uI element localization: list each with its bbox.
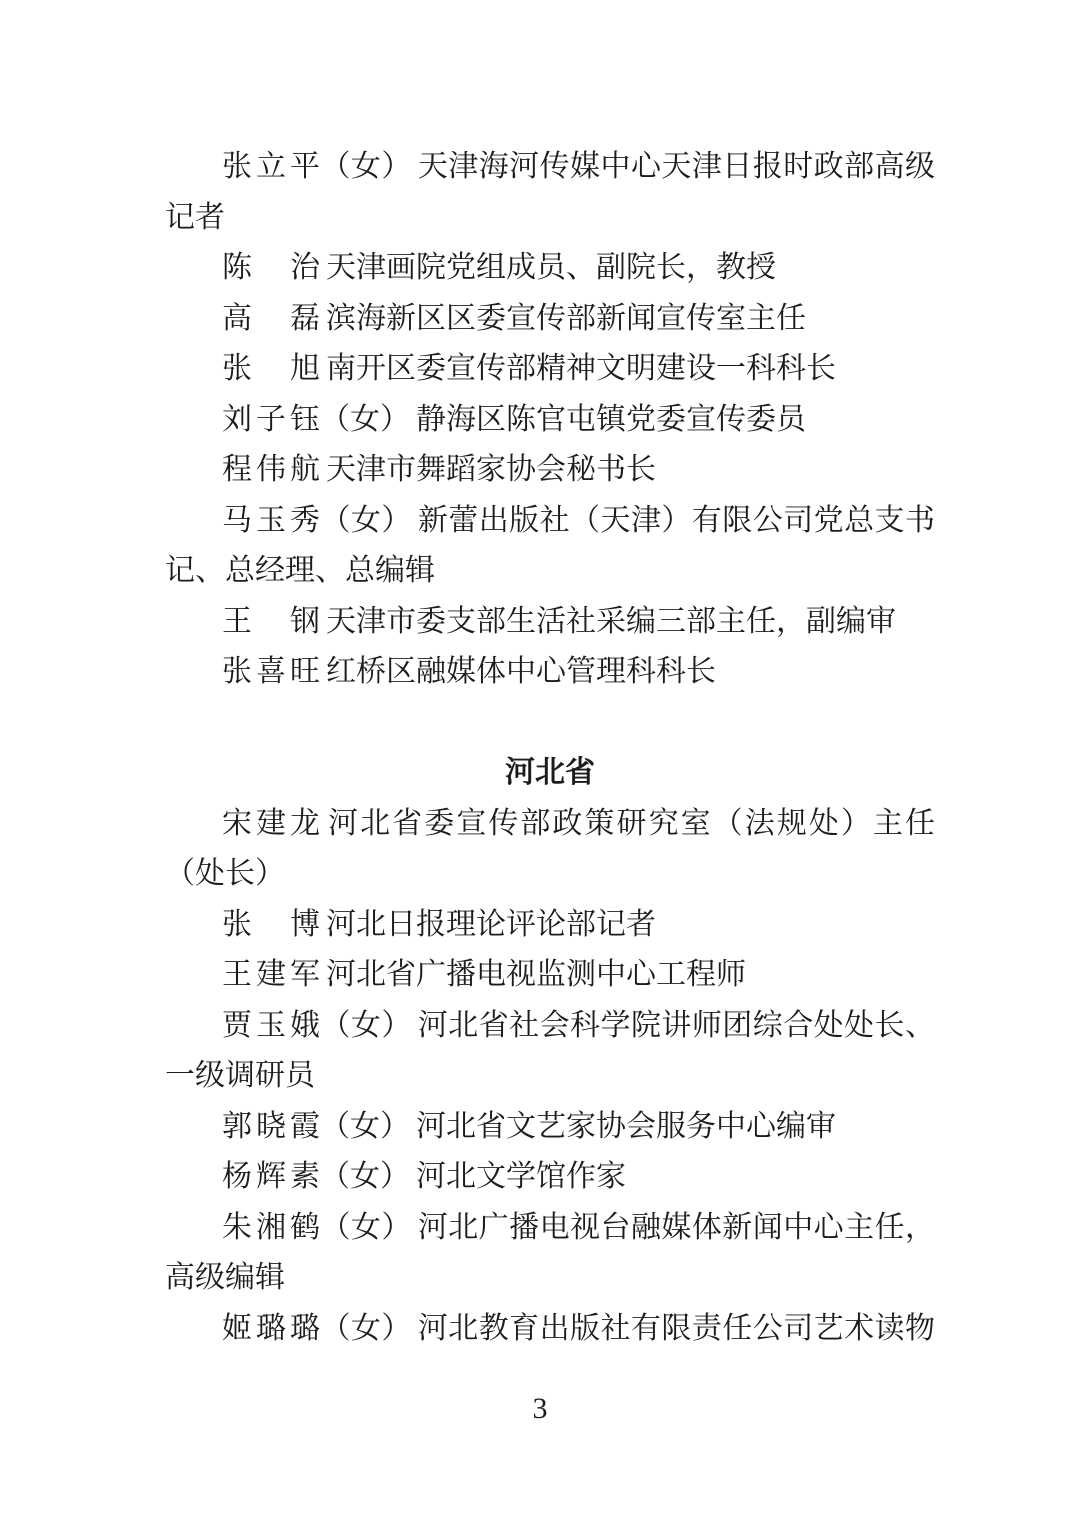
- document-page: 张立平（女）天津海河传媒中心天津日报时政部高级 记者 陈治天津画院党组成员、副院…: [0, 0, 1080, 1526]
- entry-line: 刘子钰（女）静海区陈官屯镇党委宣传委员: [165, 395, 935, 446]
- gender-mark: （女）: [320, 1009, 412, 1042]
- gender-mark: （女）: [320, 504, 412, 537]
- person-name: 马玉秀: [222, 496, 320, 547]
- person-title: 河北省广播电视监测中心工程师: [326, 958, 746, 991]
- page-number: 3: [0, 1392, 1080, 1426]
- roster-entry: 贾玉娥（女）河北省社会科学院讲师团综合处处长、 一级调研员: [165, 1001, 935, 1102]
- entry-line: 马玉秀（女）新蕾出版社（天津）有限公司党总支书: [165, 496, 935, 547]
- entry-line: 张旭南开区委宣传部精神文明建设一科科长: [165, 344, 935, 395]
- entry-line: 朱湘鹤（女）河北广播电视台融媒体新闻中心主任，: [165, 1203, 935, 1254]
- entry-line-continuation: 记、总经理、总编辑: [165, 546, 935, 597]
- entry-line: 姬璐璐（女）河北教育出版社有限责任公司艺术读物: [165, 1304, 935, 1355]
- person-title: 红桥区融媒体中心管理科科长: [326, 655, 716, 688]
- person-title: 河北省委宣传部政策研究室（法规处）主任: [326, 807, 935, 840]
- person-name: 刘子钰: [222, 395, 320, 446]
- person-name: 张博: [222, 900, 320, 951]
- roster-entry: 王钢天津市委支部生活社采编三部主任，副编审: [165, 597, 935, 648]
- roster-content: 张立平（女）天津海河传媒中心天津日报时政部高级 记者 陈治天津画院党组成员、副院…: [165, 142, 935, 1354]
- entry-line: 郭晓霞（女）河北省文艺家协会服务中心编审: [165, 1102, 935, 1153]
- roster-entry: 陈治天津画院党组成员、副院长，教授: [165, 243, 935, 294]
- person-title: 河北省社会科学院讲师团综合处处长、: [418, 1009, 935, 1042]
- person-name: 张立平: [222, 142, 320, 193]
- person-name: 程伟航: [222, 445, 320, 496]
- person-name: 杨辉素: [222, 1152, 320, 1203]
- person-name: 贾玉娥: [222, 1001, 320, 1052]
- roster-entry: 姬璐璐（女）河北教育出版社有限责任公司艺术读物: [165, 1304, 935, 1355]
- person-name: 郭晓霞: [222, 1102, 320, 1153]
- person-name: 朱湘鹤: [222, 1203, 320, 1254]
- roster-entry: 马玉秀（女）新蕾出版社（天津）有限公司党总支书 记、总经理、总编辑: [165, 496, 935, 597]
- gender-mark: （女）: [320, 1312, 412, 1345]
- gender-mark: （女）: [320, 1160, 410, 1193]
- person-name: 姬璐璐: [222, 1304, 320, 1355]
- roster-entry: 张博河北日报理论评论部记者: [165, 900, 935, 951]
- person-title: 天津市舞蹈家协会秘书长: [326, 453, 656, 486]
- entry-line: 杨辉素（女）河北文学馆作家: [165, 1152, 935, 1203]
- entry-line-continuation: 记者: [165, 193, 935, 244]
- gender-mark: （女）: [320, 150, 412, 183]
- entry-line-continuation: （处长）: [165, 849, 935, 900]
- person-title: 新蕾出版社（天津）有限公司党总支书: [418, 504, 935, 537]
- entry-line: 张博河北日报理论评论部记者: [165, 900, 935, 951]
- entry-line: 贾玉娥（女）河北省社会科学院讲师团综合处处长、: [165, 1001, 935, 1052]
- roster-section: 张立平（女）天津海河传媒中心天津日报时政部高级 记者 陈治天津画院党组成员、副院…: [165, 142, 935, 698]
- person-title: 河北省文艺家协会服务中心编审: [416, 1110, 836, 1143]
- roster-entry: 王建军河北省广播电视监测中心工程师: [165, 950, 935, 1001]
- person-title: 河北文学馆作家: [416, 1160, 626, 1193]
- entry-line: 宋建龙河北省委宣传部政策研究室（法规处）主任: [165, 799, 935, 850]
- entry-line: 程伟航天津市舞蹈家协会秘书长: [165, 445, 935, 496]
- person-title: 天津海河传媒中心天津日报时政部高级: [418, 150, 935, 183]
- roster-entry: 张立平（女）天津海河传媒中心天津日报时政部高级 记者: [165, 142, 935, 243]
- entry-line: 高磊滨海新区区委宣传部新闻宣传室主任: [165, 294, 935, 345]
- roster-entry: 张喜旺红桥区融媒体中心管理科科长: [165, 647, 935, 698]
- person-title: 天津画院党组成员、副院长，教授: [326, 251, 776, 284]
- roster-entry: 张旭南开区委宣传部精神文明建设一科科长: [165, 344, 935, 395]
- person-title: 河北广播电视台融媒体新闻中心主任，: [418, 1211, 935, 1244]
- roster-entry: 刘子钰（女）静海区陈官屯镇党委宣传委员: [165, 395, 935, 446]
- entry-line-continuation: 高级编辑: [165, 1253, 935, 1304]
- roster-entry: 朱湘鹤（女）河北广播电视台融媒体新闻中心主任， 高级编辑: [165, 1203, 935, 1304]
- roster-entry: 高磊滨海新区区委宣传部新闻宣传室主任: [165, 294, 935, 345]
- person-title: 滨海新区区委宣传部新闻宣传室主任: [326, 302, 806, 335]
- person-title: 河北教育出版社有限责任公司艺术读物: [418, 1312, 935, 1345]
- person-name: 陈治: [222, 243, 320, 294]
- entry-line: 王建军河北省广播电视监测中心工程师: [165, 950, 935, 1001]
- gender-mark: （女）: [320, 1110, 410, 1143]
- entry-line: 张喜旺红桥区融媒体中心管理科科长: [165, 647, 935, 698]
- person-title: 天津市委支部生活社采编三部主任，副编审: [326, 605, 896, 638]
- person-name: 高磊: [222, 294, 320, 345]
- entry-line-continuation: 一级调研员: [165, 1051, 935, 1102]
- roster-section: 河北省 宋建龙河北省委宣传部政策研究室（法规处）主任 （处长） 张博河北日报理论…: [165, 748, 935, 1354]
- gender-mark: （女）: [320, 403, 410, 436]
- person-name: 王钢: [222, 597, 320, 648]
- section-header-hebei: 河北省: [165, 748, 935, 799]
- roster-entry: 郭晓霞（女）河北省文艺家协会服务中心编审: [165, 1102, 935, 1153]
- person-title: 河北日报理论评论部记者: [326, 908, 656, 941]
- roster-entry: 宋建龙河北省委宣传部政策研究室（法规处）主任 （处长）: [165, 799, 935, 900]
- person-name: 宋建龙: [222, 799, 320, 850]
- person-name: 张旭: [222, 344, 320, 395]
- entry-line: 张立平（女）天津海河传媒中心天津日报时政部高级: [165, 142, 935, 193]
- entry-line: 王钢天津市委支部生活社采编三部主任，副编审: [165, 597, 935, 648]
- person-title: 静海区陈官屯镇党委宣传委员: [416, 403, 806, 436]
- roster-entry: 杨辉素（女）河北文学馆作家: [165, 1152, 935, 1203]
- roster-entry: 程伟航天津市舞蹈家协会秘书长: [165, 445, 935, 496]
- person-title: 南开区委宣传部精神文明建设一科科长: [326, 352, 836, 385]
- person-name: 张喜旺: [222, 647, 320, 698]
- entry-line: 陈治天津画院党组成员、副院长，教授: [165, 243, 935, 294]
- gender-mark: （女）: [320, 1211, 412, 1244]
- person-name: 王建军: [222, 950, 320, 1001]
